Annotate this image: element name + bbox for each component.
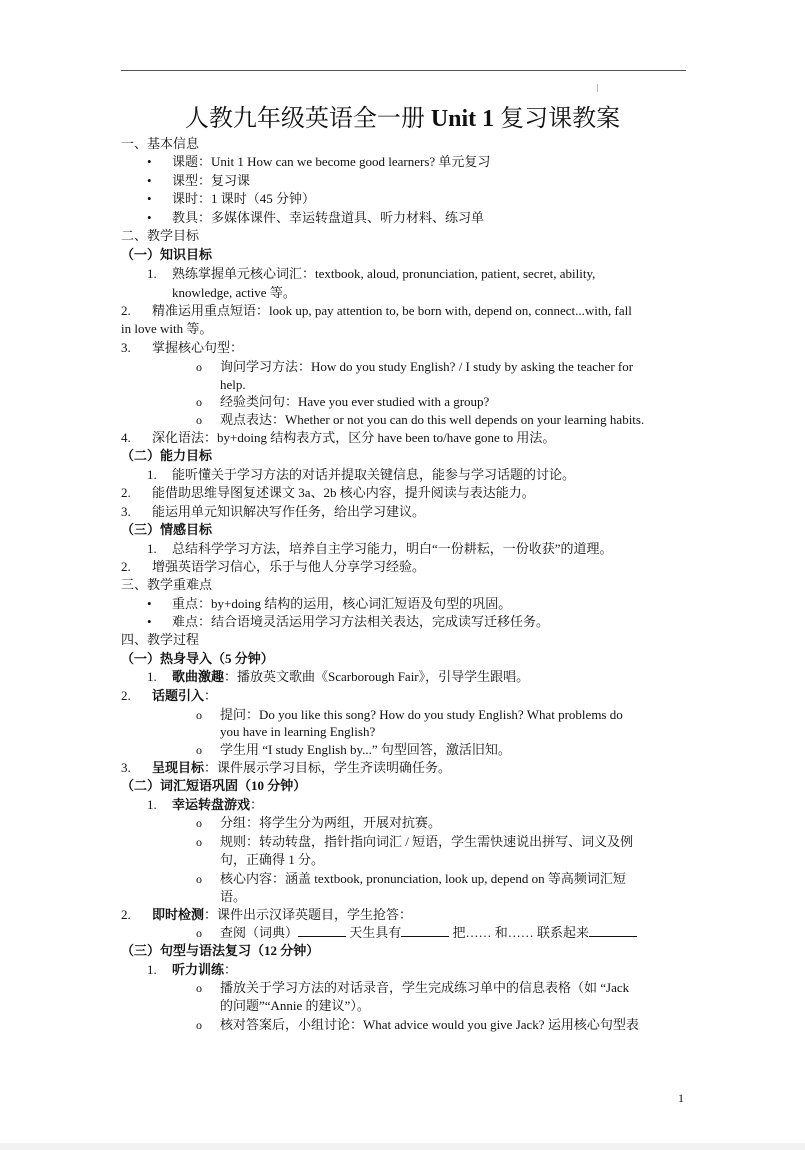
quiz-prompt: 查阅（词典） [220,925,298,940]
sub-list-item: 学生用 “I study English by...” 句型回答，激活旧知。 [220,741,511,759]
sub-list-item: 核心内容：涵盖 textbook, pronunciation, look up… [220,870,626,888]
subsection-heading-ability: （二）能力目标 [121,447,212,465]
list-number: 1. [147,961,157,979]
list-number: 1. [147,796,157,814]
sub-list-item: 询问学习方法：How do you study English? / I stu… [220,358,633,376]
list-item: 能听懂关于学习方法的对话并提取关键信息，能参与学习话题的讨论。 [172,466,575,484]
list-item: 幸运转盘游戏： [172,796,263,814]
sub-bullet-icon: o [196,1016,202,1034]
list-number: 1. [147,265,157,283]
list-number: 2. [121,484,131,502]
subsection-heading-vocab: （二）词汇短语巩固（10 分钟） [121,777,306,795]
subsection-heading-knowledge: （一）知识目标 [121,246,212,264]
title-prefix: 人教九年级英语全一册 [185,106,431,132]
list-number: 2. [121,906,131,924]
list-item: 熟练掌握单元核心词汇：textbook, aloud, pronunciatio… [172,265,595,283]
sub-bullet-icon: o [196,814,202,832]
item-text: ：播放英文歌曲《Scarborough Fair》，引导学生跟唱。 [224,669,529,684]
sub-list-item: 提问：Do you like this song? How do you stu… [220,706,623,724]
sub-bullet-icon: o [196,358,202,376]
list-item: 总结科学学习方法，培养自主学习能力，明白“一份耕耘，一份收获”的道理。 [172,540,613,558]
list-number: 1. [147,466,157,484]
answer-blank [401,924,449,937]
item-text: ： [250,797,263,812]
sub-bullet-icon: o [196,741,202,759]
sub-list-item: 观点表达：Whether or not you can do this well… [220,411,644,429]
document-title: 人教九年级英语全一册 Unit 1 复习课教案 [0,104,805,134]
quiz-prompt: 天生具有 [346,925,401,940]
title-suffix: 复习课教案 [494,106,620,132]
item-label: 话题引入 [152,688,204,703]
list-item: 掌握核心句型： [152,339,243,357]
item-label: 幸运转盘游戏 [172,797,250,812]
section-heading-basic-info: 一、基本信息 [121,135,199,153]
list-item: 听力训练： [172,961,237,979]
list-item: 能借助思维导图复述课文 3a、2b 核心内容，提升阅读与表达能力。 [152,484,535,502]
item-label: 听力训练 [172,962,224,977]
sub-list-item-continuation: 的问题”“Annie 的建议”）。 [220,997,370,1015]
list-number: 1. [147,540,157,558]
title-unit: Unit 1 [431,106,494,132]
sub-list-item-continuation: you have in learning English? [220,723,375,741]
list-number: 1. [147,668,157,686]
page-number: 1 [678,1091,684,1105]
item-label: 呈现目标 [152,760,204,775]
header-cursor-mark [597,84,598,92]
list-item: 课题：Unit 1 How can we become good learner… [172,153,490,171]
sub-bullet-icon: o [196,924,202,942]
list-number: 4. [121,429,131,447]
list-item: 歌曲激趣：播放英文歌曲《Scarborough Fair》，引导学生跟唱。 [172,668,529,686]
document-page: 人教九年级英语全一册 Unit 1 复习课教案 一、基本信息 • 课题：Unit… [0,0,805,1143]
section-heading-key-points: 三、教学重难点 [121,576,212,594]
bullet-icon: • [147,209,152,227]
header-rule [121,70,686,71]
sub-bullet-icon: o [196,979,202,997]
answer-blank [589,924,637,937]
list-item: 能运用单元知识解决写作任务，给出学习建议。 [152,503,425,521]
sub-list-item: 规则：转动转盘，指针指向词汇 / 短语，学生需快速说出拼写、词义及例 [220,833,633,851]
section-heading-objectives: 二、教学目标 [121,227,199,245]
sub-list-item: 播放关于学习方法的对话录音，学生完成练习单中的信息表格（如 “Jack [220,979,629,997]
sub-bullet-icon: o [196,393,202,411]
item-text: ： [224,962,237,977]
item-label: 即时检测 [152,907,204,922]
bullet-icon: • [147,153,152,171]
list-item: 精准运用重点短语：look up, pay attention to, be b… [152,302,632,320]
answer-blank [298,924,346,937]
sub-bullet-icon: o [196,870,202,888]
list-item: 重点：by+doing 结构的运用，核心词汇短语及句型的巩固。 [172,595,511,613]
sub-bullet-icon: o [196,706,202,724]
list-number: 3. [121,503,131,521]
list-item: 难点：结合语境灵活运用学习方法相关表达，完成读写迁移任务。 [172,613,549,631]
bullet-icon: • [147,595,152,613]
list-number: 2. [121,687,131,705]
list-item: 话题引入： [152,687,217,705]
bullet-icon: • [147,613,152,631]
item-text: ： [204,688,217,703]
sub-list-item-continuation: 句，正确得 1 分。 [220,851,324,869]
sub-list-item: 分组：将学生分为两组，开展对抗赛。 [220,814,441,832]
list-item: 课型：复习课 [172,172,250,190]
sub-list-item-continuation: 语。 [220,888,246,906]
sub-bullet-icon: o [196,833,202,851]
bullet-icon: • [147,172,152,190]
section-heading-process: 四、教学过程 [121,631,199,649]
sub-list-item: 经验类问句：Have you ever studied with a group… [220,393,489,411]
list-item: 呈现目标：课件展示学习目标，学生齐读明确任务。 [152,759,451,777]
quiz-prompt: 把…… 和…… 联系起来 [449,925,589,940]
list-item: 深化语法：by+doing 结构表方式，区分 have been to/have… [152,429,555,447]
subsection-heading-grammar: （三）句型与语法复习（12 分钟） [121,942,319,960]
sub-bullet-icon: o [196,411,202,429]
list-item: 增强英语学习信心，乐于与他人分享学习经验。 [152,558,425,576]
item-text: ：课件出示汉译英题目，学生抢答： [204,907,412,922]
list-number: 2. [121,302,131,320]
list-item-continuation: knowledge, active 等。 [172,284,296,302]
item-text: ：课件展示学习目标，学生齐读明确任务。 [204,760,451,775]
subsection-heading-emotion: （三）情感目标 [121,521,212,539]
list-number: 3. [121,759,131,777]
list-item: 即时检测：课件出示汉译英题目，学生抢答： [152,906,412,924]
bullet-icon: • [147,190,152,208]
list-item: 教具：多媒体课件、幸运转盘道具、听力材料、练习单 [172,209,484,227]
list-number: 3. [121,339,131,357]
sub-list-item: 核对答案后，小组讨论：What advice would you give Ja… [220,1016,639,1034]
subsection-heading-warmup: （一）热身导入（5 分钟） [121,650,274,668]
list-number: 2. [121,558,131,576]
list-item: 课时：1 课时（45 分钟） [172,190,315,208]
item-label: 歌曲激趣 [172,669,224,684]
sub-list-item-quiz: 查阅（词典） 天生具有 把…… 和…… 联系起来 [220,924,637,942]
list-item-continuation: in love with 等。 [121,320,212,338]
sub-list-item-continuation: help. [220,376,246,394]
